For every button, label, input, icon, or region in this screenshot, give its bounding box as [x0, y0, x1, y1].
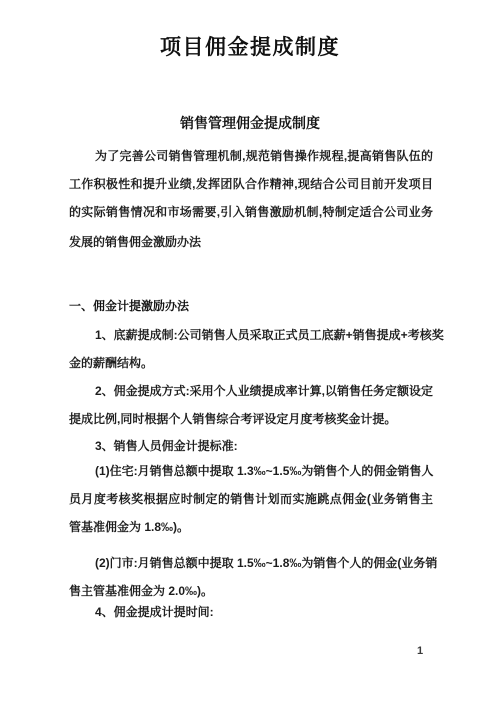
item-3-heading: 3、销售人员佣金计提标准: — [69, 432, 433, 460]
item-3-heading-block: 3、销售人员佣金计提标准: — [69, 432, 433, 460]
item-1-line-2: 金的薪酬结构。 — [69, 349, 433, 377]
section-1-heading: 一、佣金计提激励办法 — [69, 292, 433, 320]
sub-item-1-line-2: 员月度考核奖根据应时制定的销售计划而实施跳点佣金(业务销售主 — [69, 485, 433, 513]
section-1-heading-block: 一、佣金计提激励办法 — [69, 292, 433, 320]
document-page: 项目佣金提成制度 销售管理佣金提成制度 为了完善公司销售管理机制,规范销售操作规… — [0, 0, 500, 707]
sub-item-2-line-1: (2)门市:月销售总额中提取 1.5‰~1.8‰为销售个人的佣金(业务销 — [69, 549, 433, 577]
intro-line-4: 发展的销售佣金激励办法 — [69, 228, 433, 256]
item-2-line-2: 提成比例,同时根据个人销售综合考评设定月度考核奖金计提。 — [69, 405, 433, 433]
intro-paragraph-end: 发展的销售佣金激励办法 — [69, 228, 433, 256]
document-title: 项目佣金提成制度 — [0, 33, 500, 63]
item-2-line-1: 2、佣金提成方式:采用个人业绩提成率计算,以销售任务定额设定 — [69, 377, 433, 405]
intro-line-2: 工作积极性和提升业绩,发挥团队合作精神,现结合公司目前开发项目 — [69, 170, 433, 198]
item-4-heading: 4、佣金提成计提时间: — [69, 598, 433, 626]
item-1-line-1: 1、底薪提成制:公司销售人员采取正式员工底薪+销售提成+考核奖 — [69, 321, 433, 349]
item-1-salary-structure: 1、底薪提成制:公司销售人员采取正式员工底薪+销售提成+考核奖 金的薪酬结构。 — [69, 321, 433, 377]
sub-item-1-residential: (1)住宅:月销售总额中提取 1.3‰~1.5‰为销售个人的佣金销售人 员月度考… — [69, 457, 433, 541]
item-2-commission-method: 2、佣金提成方式:采用个人业绩提成率计算,以销售任务定额设定 提成比例,同时根据… — [69, 377, 433, 433]
page-number: 1 — [417, 644, 423, 658]
intro-line-3: 的实际销售情况和市场需要,引入销售激励机制,特制定适合公司业务 — [69, 198, 433, 226]
intro-line-1: 为了完善公司销售管理机制,规范销售操作规程,提高销售队伍的 — [69, 142, 433, 170]
sub-item-1-line-3: 管基准佣金为 1.8‰)。 — [69, 513, 433, 541]
sub-item-2-retail: (2)门市:月销售总额中提取 1.5‰~1.8‰为销售个人的佣金(业务销 售主管… — [69, 549, 433, 605]
intro-paragraph: 为了完善公司销售管理机制,规范销售操作规程,提高销售队伍的 工作积极性和提升业绩… — [69, 142, 433, 226]
sub-item-1-line-1: (1)住宅:月销售总额中提取 1.3‰~1.5‰为销售个人的佣金销售人 — [69, 457, 433, 485]
document-subtitle: 销售管理佣金提成制度 — [0, 109, 500, 137]
item-4-heading-block: 4、佣金提成计提时间: — [69, 598, 433, 626]
